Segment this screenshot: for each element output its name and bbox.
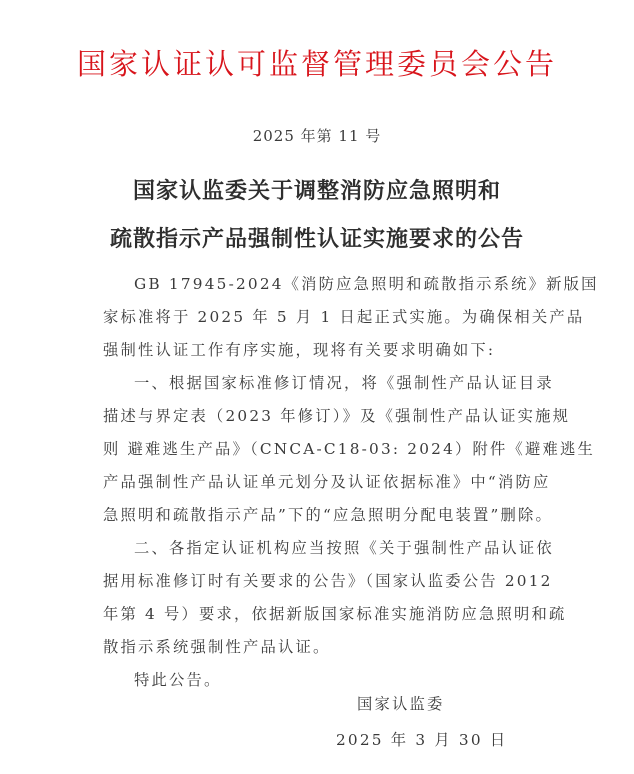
signature-date: 2025 年 3 月 30 日 xyxy=(336,728,507,752)
paragraph-3-line-4: 散指示系统强制性产品认证。 xyxy=(103,631,551,664)
paragraph-1-line-1: GB 17945-2024《消防应急照明和疏散指示系统》新版国 xyxy=(103,268,551,301)
paragraph-2-line-3: 则 避难逃生产品》（CNCA-C18-03: 2024）附件《避难逃生 xyxy=(103,433,551,466)
paragraph-2-line-4: 产品强制性产品认证单元划分及认证依据标准》中“消防应 xyxy=(103,466,551,499)
paragraph-2-line-5: 急照明和疏散指示产品”下的“应急照明分配电装置”删除。 xyxy=(103,499,551,532)
paragraph-2-line-2: 描述与界定表（2023 年修订）》及《强制性产品认证实施规 xyxy=(103,400,551,433)
paragraph-3-line-3: 年第 4 号）要求，依据新版国家标准实施消防应急照明和疏 xyxy=(103,598,551,631)
headline-line-2: 疏散指示产品强制性认证实施要求的公告 xyxy=(0,224,634,256)
paragraph-1-line-3: 强制性认证工作有序实施，现将有关要求明确如下: xyxy=(103,334,551,367)
paragraph-3-line-2: 据用标准修订时有关要求的公告》（国家认监委公告 2012 xyxy=(103,565,551,598)
announcement-page: 国家认证认可监督管理委员会公告 2025 年第 11 号 国家认监委关于调整消防… xyxy=(0,0,634,774)
document-number: 2025 年第 11 号 xyxy=(0,124,634,148)
headline-line-1: 国家认监委关于调整消防应急照明和 xyxy=(0,176,634,208)
masthead-title: 国家认证认可监督管理委员会公告 xyxy=(0,44,634,84)
paragraph-2-line-1: 一、根据国家标准修订情况，将《强制性产品认证目录 xyxy=(103,367,551,400)
paragraph-3-line-1: 二、各指定认证机构应当按照《关于强制性产品认证依 xyxy=(103,532,551,565)
announcement-body: GB 17945-2024《消防应急照明和疏散指示系统》新版国 家标准将于 20… xyxy=(103,268,551,697)
closing-statement: 特此公告。 xyxy=(103,664,551,697)
signature-organization: 国家认监委 xyxy=(357,692,445,716)
paragraph-1-line-2: 家标准将于 2025 年 5 月 1 日起正式实施。为确保相关产品 xyxy=(103,301,551,334)
